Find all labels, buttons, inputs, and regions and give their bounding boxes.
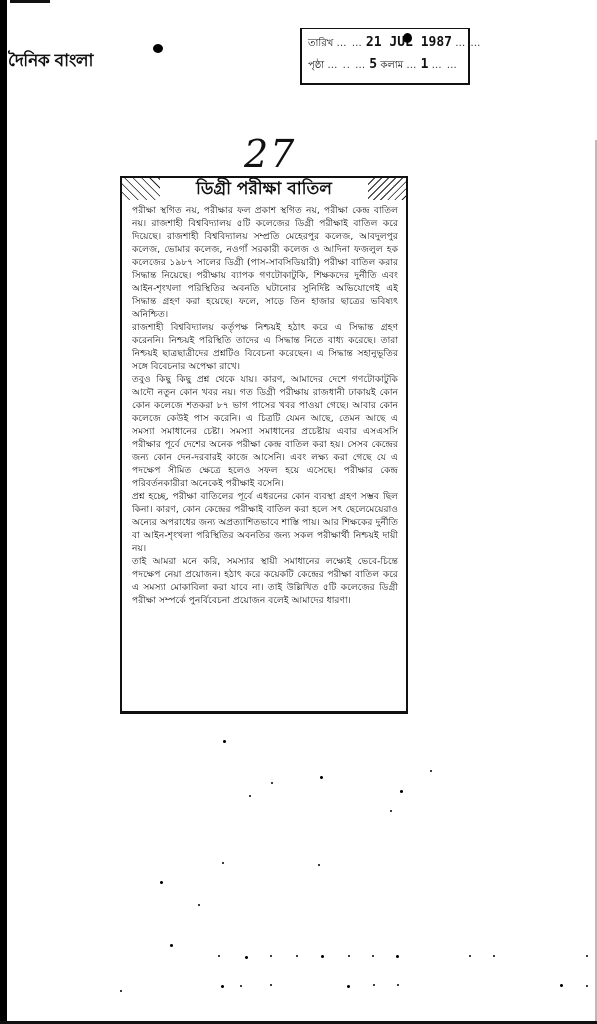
date-stamp: তারিখ … … 21 JUL 1987 … … পৃষ্ঠা … .. … … — [300, 28, 470, 85]
hatch-decoration-right — [368, 178, 406, 200]
ink-blot — [153, 44, 163, 53]
stamp-ink-blot — [403, 33, 412, 43]
scan-left-edge — [0, 0, 7, 1024]
article-paragraph: পরীক্ষা স্থগিত নয়, পরীক্ষার ফল প্রকাশ স… — [132, 204, 398, 321]
speck — [493, 955, 495, 957]
stamp-dots: … … — [432, 60, 458, 71]
speck — [221, 985, 224, 988]
speck — [586, 955, 588, 957]
speck — [218, 955, 220, 957]
speck — [198, 904, 200, 906]
speck — [223, 740, 226, 743]
stamp-page-row: পৃষ্ঠা … .. … 5 কলাম … 1 … … — [308, 57, 458, 75]
article-paragraph: প্রশ্ন হচ্ছে, পরীক্ষা বাতিলের পূর্বে এধর… — [132, 490, 398, 555]
speck — [245, 956, 248, 959]
speck — [222, 862, 224, 864]
speck — [348, 955, 350, 957]
speck — [120, 990, 122, 992]
speck — [270, 984, 272, 986]
stamp-page-value: 5 — [369, 57, 377, 72]
speck — [430, 770, 432, 772]
speck — [469, 955, 471, 957]
article-body: পরীক্ষা স্থগিত নয়, পরীক্ষার ফল প্রকাশ স… — [122, 200, 406, 607]
speck — [560, 984, 563, 987]
speck — [321, 955, 324, 958]
speck — [320, 776, 323, 779]
article-headline: ডিগ্রী পরীক্ষা বাতিল — [190, 179, 338, 199]
speck — [396, 955, 399, 958]
article-paragraph: রাজশাহী বিশ্ববিদ্যালয় কর্তৃপক্ষ নিশ্চয়… — [132, 321, 398, 373]
speck — [586, 985, 588, 987]
speck — [347, 985, 350, 988]
stamp-dots: … — [406, 60, 417, 71]
stamp-column-value: 1 — [421, 57, 429, 72]
stamp-dots: … … — [337, 38, 363, 49]
stamp-page-label: পৃষ্ঠা — [308, 60, 324, 71]
scan-top-mark — [10, 0, 50, 3]
stamp-column-label: কলাম — [380, 60, 403, 71]
speck — [249, 795, 251, 797]
speck — [240, 985, 242, 987]
article-paragraph: তাই আমরা মনে করি, সমস্যার স্থায়ী সমাধান… — [132, 555, 398, 607]
speck — [397, 984, 399, 986]
speck — [160, 881, 163, 884]
speck — [318, 864, 320, 866]
stamp-date-label: তারিখ — [308, 38, 333, 49]
speck — [170, 944, 173, 947]
hatch-decoration-left — [122, 178, 160, 200]
speck — [270, 955, 272, 957]
speck — [400, 790, 403, 793]
headline-bar: ডিগ্রী পরীক্ষা বাতিল — [122, 178, 406, 200]
speck — [296, 955, 298, 957]
handwritten-page-number: 27 — [244, 132, 296, 176]
speck — [372, 955, 374, 957]
stamp-date-row: তারিখ … … 21 JUL 1987 … … — [308, 35, 481, 53]
speck — [390, 810, 392, 812]
article-paragraph: তবুও কিছু কিছু প্রশ্ন থেকে যায়। কারণ, আ… — [132, 373, 398, 490]
newspaper-clipping: ডিগ্রী পরীক্ষা বাতিল পরীক্ষা স্থগিত নয়,… — [120, 176, 408, 714]
newspaper-name: দৈনিক বাংলা — [8, 48, 93, 76]
stamp-dots: … … — [455, 38, 481, 49]
speck — [271, 782, 273, 784]
stamp-dots: … .. … — [327, 60, 366, 71]
speck — [373, 984, 375, 986]
